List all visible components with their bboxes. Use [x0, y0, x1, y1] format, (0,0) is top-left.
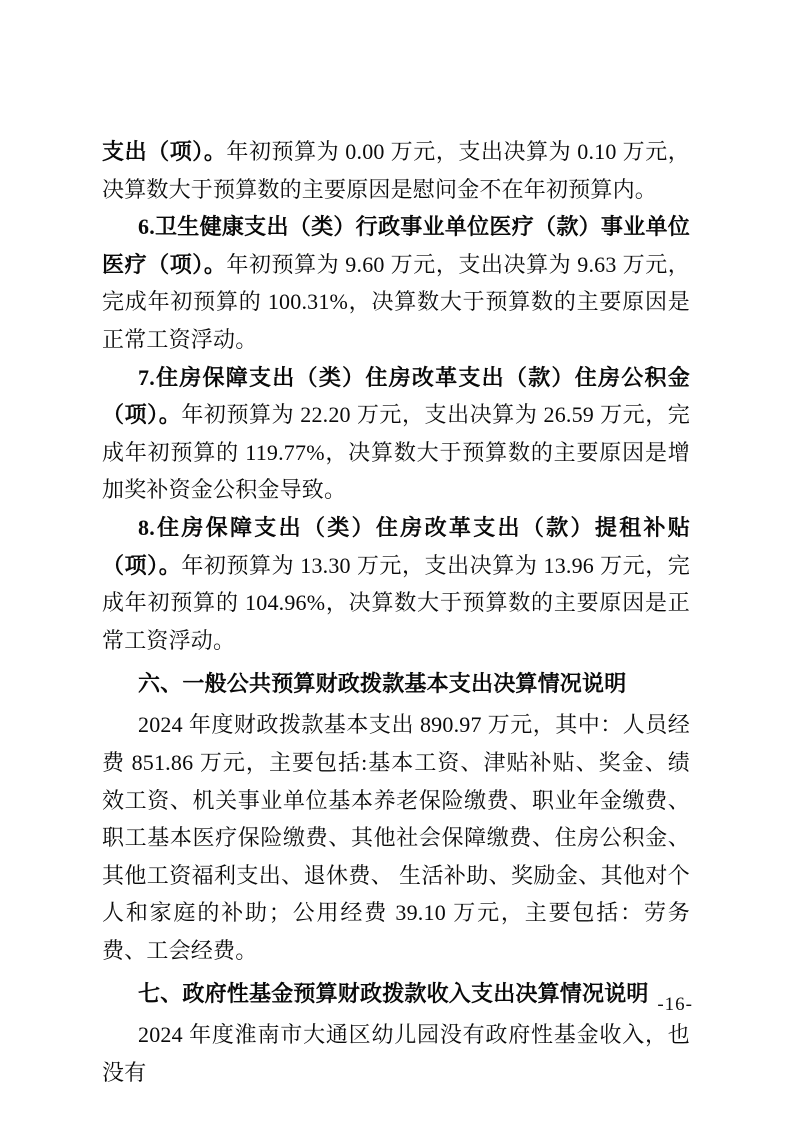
paragraph-continued-item-5: 支出（项）。年初预算为 0.00 万元，支出决算为 0.10 万元，决算数大于预… — [102, 133, 690, 208]
paragraph-item-7: 7.住房保障支出（类）住房改革支出（款）住房公积金（项）。年初预算为 22.20… — [102, 359, 690, 509]
page-content: 支出（项）。年初预算为 0.00 万元，支出决算为 0.10 万元，决算数大于预… — [102, 133, 690, 1092]
paragraph-item-8: 8.住房保障支出（类）住房改革支出（款）提租补贴（项）。年初预算为 13.30 … — [102, 509, 690, 659]
paragraph-item-6: 6.卫生健康支出（类）行政事业单位医疗（款）事业单位医疗（项）。年初预算为 9.… — [102, 208, 690, 358]
section-heading-7: 七、政府性基金预算财政拨款收入支出决算情况说明 — [102, 974, 690, 1014]
section-heading-6: 六、一般公共预算财政拨款基本支出决算情况说明 — [102, 664, 690, 704]
paragraph-text: 年初预算为 13.30 万元，支出决算为 13.96 万元，完成年初预算的 10… — [102, 553, 690, 653]
page-number: -16- — [657, 994, 693, 1016]
paragraph-basic-expenditure: 2024 年度财政拨款基本支出 890.97 万元，其中：人员经费 851.86… — [102, 706, 690, 969]
paragraph-bold-lead: 支出（项）。 — [102, 139, 226, 164]
paragraph-government-fund: 2024 年度淮南市大通区幼儿园没有政府性基金收入，也没有 — [102, 1016, 690, 1091]
document-page: 支出（项）。年初预算为 0.00 万元，支出决算为 0.10 万元，决算数大于预… — [0, 0, 793, 1122]
paragraph-text: 年初预算为 22.20 万元，支出决算为 26.59 万元，完成年初预算的 11… — [102, 402, 690, 502]
